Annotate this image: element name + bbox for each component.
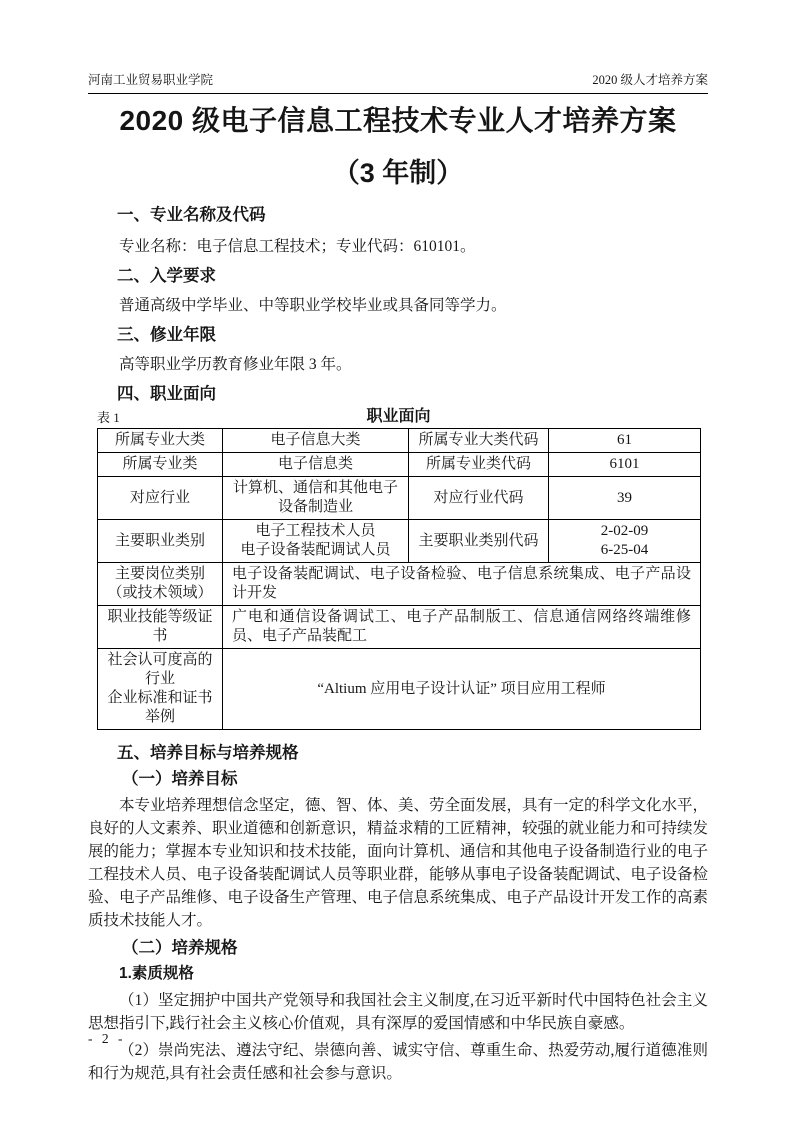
table-row: 主要岗位类别 （或技术领域） 电子设备装配调试、电子设备检验、电子信息系统集成、…	[98, 563, 701, 606]
cell-line: 2-02-09	[555, 522, 694, 541]
cell-line: 企业标准和证书举例	[104, 689, 216, 727]
section-heading-2: 二、入学要求	[88, 266, 708, 287]
section-heading-5: 五、培养目标与培养规格	[88, 743, 708, 764]
quality-item-2: （2）崇尚宪法、遵法守纪、崇德向善、诚实守信、尊重生命、热爱劳动,履行道德准则和…	[88, 1039, 708, 1085]
table-row: 对应行业 计算机、通信和其他电子设备制造业 对应行业代码 39	[98, 477, 701, 520]
quality-item-1: （1）坚定拥护中国共产党领导和我国社会主义制度,在习近平新时代中国特色社会主义思…	[88, 989, 708, 1035]
table-row: 所属专业大类 电子信息大类 所属专业大类代码 61	[98, 429, 701, 453]
cell-line: 主要岗位类别	[104, 565, 216, 584]
table-label: 表 1	[97, 410, 120, 425]
table-cell: 计算机、通信和其他电子设备制造业	[223, 477, 409, 520]
table-cell: 电子工程技术人员 电子设备装配调试人员	[223, 520, 409, 563]
table-cell: 所属专业大类	[98, 429, 223, 453]
table-cell: 所属专业类代码	[409, 453, 549, 477]
page-content: 河南工业贸易职业学院 2020 级人才培养方案 2020 级电子信息工程技术专业…	[88, 0, 708, 1085]
table-cell: 电子设备装配调试、电子设备检验、电子信息系统集成、电子产品设计开发	[223, 563, 701, 606]
table-cell: 主要职业类别	[98, 520, 223, 563]
table-cell: 广电和通信设备调试工、电子产品制版工、信息通信网络终端维修员、电子产品装配工	[223, 606, 701, 649]
doc-title: 2020 级电子信息工程技术专业人才培养方案	[88, 103, 708, 139]
section-body-1: 专业名称：电子信息工程技术；专业代码：610101。	[88, 235, 708, 258]
section-body-3: 高等职业学历教育修业年限 3 年。	[88, 353, 708, 376]
table-caption-row: 表 1 职业面向	[97, 407, 700, 426]
page-number: - 2 -	[88, 1031, 126, 1047]
table-cell: 对应行业代码	[409, 477, 549, 520]
table-row: 社会认可度高的行业 企业标准和证书举例 “Altium 应用电子设计认证” 项目…	[98, 649, 701, 730]
table-cell: 电子信息类	[223, 453, 409, 477]
cell-line: 6-25-04	[555, 541, 694, 560]
document-page: 河南工业贸易职业学院 2020 级人才培养方案 2020 级电子信息工程技术专业…	[0, 0, 793, 1122]
table-cell: 职业技能等级证书	[98, 606, 223, 649]
table-row: 主要职业类别 电子工程技术人员 电子设备装配调试人员 主要职业类别代码 2-02…	[98, 520, 701, 563]
cell-line: 社会认可度高的行业	[104, 651, 216, 689]
table-cell: 61	[549, 429, 701, 453]
table-title: 职业面向	[97, 407, 700, 426]
cell-line: 电子工程技术人员	[229, 522, 402, 541]
table-cell: 对应行业	[98, 477, 223, 520]
table-cell: 所属专业大类代码	[409, 429, 549, 453]
table-cell: 社会认可度高的行业 企业标准和证书举例	[98, 649, 223, 730]
cell-line: （或技术领域）	[104, 584, 216, 603]
section-heading-3: 三、修业年限	[88, 325, 708, 346]
section-body-2: 普通高级中学毕业、中等职业学校毕业或具备同等学力。	[88, 294, 708, 317]
quality-spec-heading: 1.素质规格	[88, 964, 708, 984]
training-goal-paragraph: 本专业培养理想信念坚定，德、智、体、美、劳全面发展，具有一定的科学文化水平，良好…	[88, 794, 708, 932]
header-right-text: 2020 级人才培养方案	[592, 73, 708, 88]
subsection-heading-5-2: （二）培养规格	[88, 938, 708, 959]
section-heading-4: 四、职业面向	[88, 384, 708, 405]
table-cell: 39	[549, 477, 701, 520]
table-cell: 电子信息大类	[223, 429, 409, 453]
table-cell: 主要职业类别代码	[409, 520, 549, 563]
table-row: 职业技能等级证书 广电和通信设备调试工、电子产品制版工、信息通信网络终端维修员、…	[98, 606, 701, 649]
table-cell: 6101	[549, 453, 701, 477]
section-heading-1: 一、专业名称及代码	[88, 205, 708, 226]
header-left-text: 河南工业贸易职业学院	[88, 73, 213, 88]
subsection-heading-5-1: （一）培养目标	[88, 769, 708, 790]
table-cell: 主要岗位类别 （或技术领域）	[98, 563, 223, 606]
table-cell: “Altium 应用电子设计认证” 项目应用工程师	[223, 649, 701, 730]
running-header: 河南工业贸易职业学院 2020 级人才培养方案	[88, 0, 708, 94]
table-cell: 所属专业类	[98, 453, 223, 477]
doc-subtitle: （3 年制）	[88, 156, 708, 191]
table-row: 所属专业类 电子信息类 所属专业类代码 6101	[98, 453, 701, 477]
jobs-table: 所属专业大类 电子信息大类 所属专业大类代码 61 所属专业类 电子信息类 所属…	[97, 428, 701, 730]
table-cell: 2-02-09 6-25-04	[549, 520, 701, 563]
cell-line: 电子设备装配调试人员	[229, 541, 402, 560]
